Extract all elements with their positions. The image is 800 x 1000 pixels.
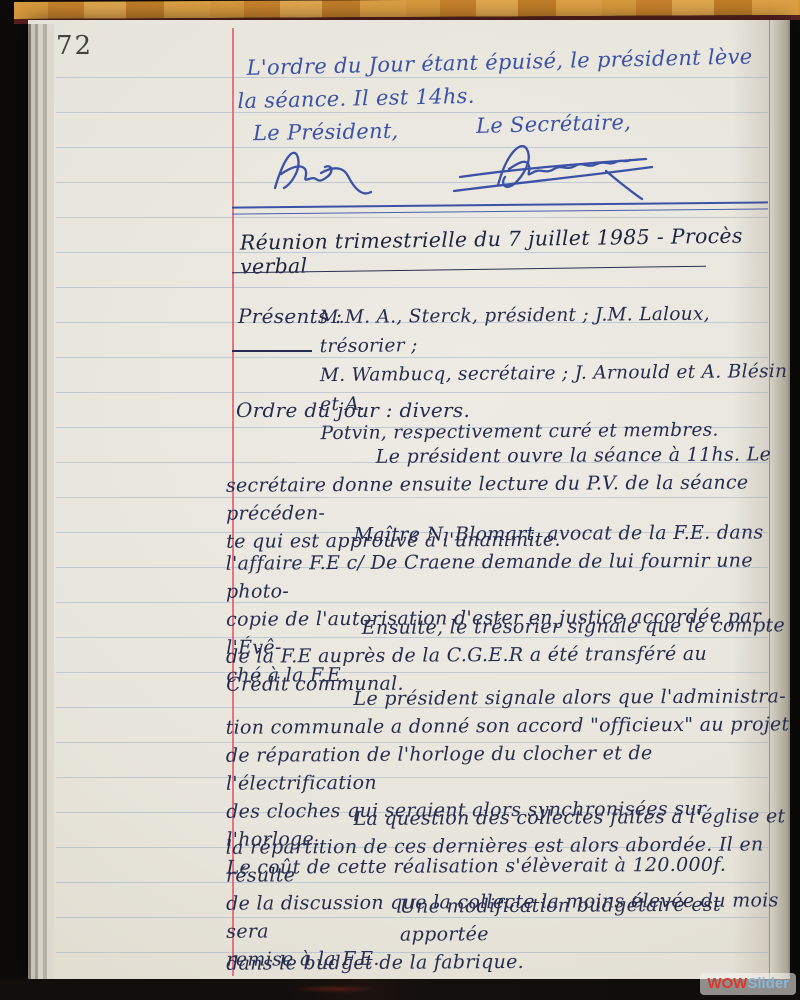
paragraph-line: l'affaire F.E c/ De Craene demande de lu… [226,546,794,605]
attendees-line: M.M. A., Sterck, président ; J.M. Laloux… [319,299,794,361]
paragraph-line: de la F.E auprès de la C.G.E.R a été tra… [226,639,794,670]
paragraph-line: Une modification budgétaire est apportée [226,890,794,949]
paragraph-line: Le président ouvre la séance à 11hs. Le [226,440,794,471]
photo-backdrop: 72 L'ordre du Jour étant épuisé, le prés… [0,0,800,1000]
notebook-page: 72 L'ordre du Jour étant épuisé, le prés… [28,20,790,980]
dark-table-bottom [0,979,800,1000]
paragraph-line: La question des collectes faites à l'égl… [225,802,793,833]
paragraph-line: Le président signale alors que l'adminis… [225,682,793,713]
paragraph: Une modification budgétaire est apportée… [226,890,795,977]
paragraph-line: tion communale a donné son accord "offic… [226,710,794,741]
paragraph-line: Ensuite, le trésorier signale que le com… [226,611,794,642]
watermark-wow-text: WOW [707,975,747,992]
wowslider-watermark[interactable]: WOWSlider [700,973,796,995]
agenda-line: Ordre du jour : divers. [236,398,470,422]
paragraph-line: de réparation de l'horloge du clocher et… [226,738,794,797]
page-number: 72 [56,31,93,61]
paragraph-line: Maître N. Blomart, avocat de la F.E. dan… [225,518,793,549]
page-stack-left-edge [28,24,54,980]
president-signature [265,142,380,208]
watermark-slider-text: Slider [747,975,789,992]
paragraph-line: la répartition de ces dernières est alor… [226,830,794,889]
closing-statement: L'ordre du Jour étant épuisé, le préside… [236,40,777,118]
attendees-label-underline [232,350,312,352]
attendees-list: M.M. A., Sterck, président ; J.M. Laloux… [319,299,795,448]
